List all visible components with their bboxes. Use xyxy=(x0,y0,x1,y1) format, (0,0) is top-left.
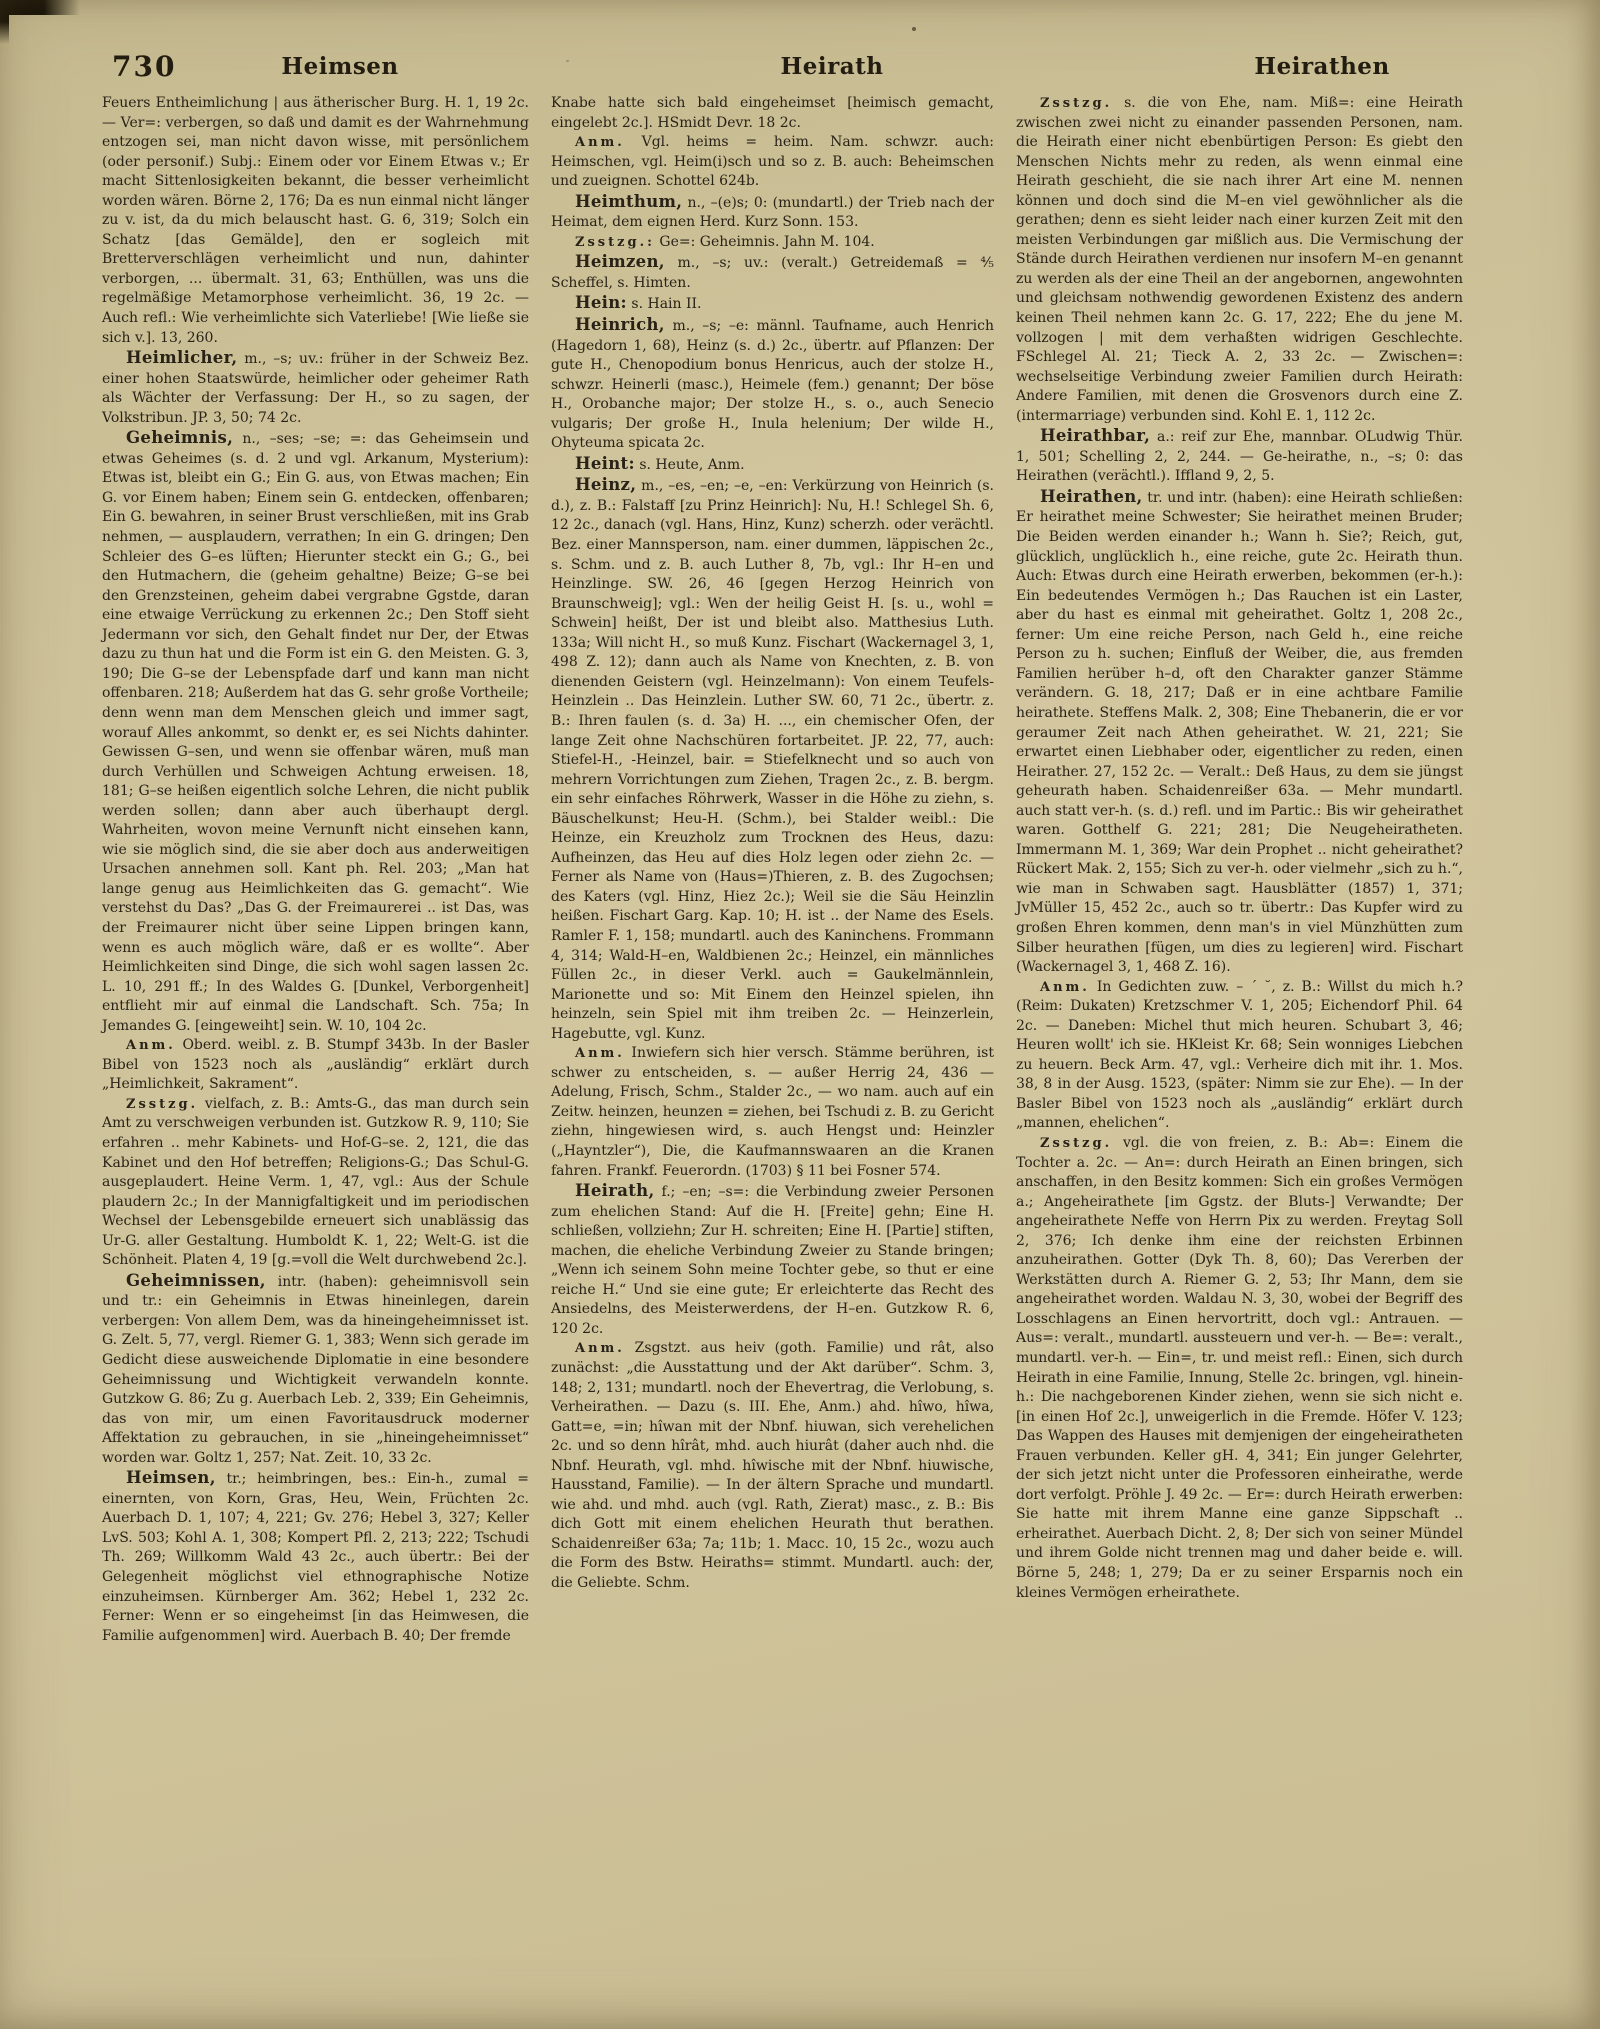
headword: Heimzen, xyxy=(575,252,665,271)
paragraph: Zsstzg. vielfach, z. B.: Amts-G., das ma… xyxy=(102,1095,529,1271)
headword: Hein: xyxy=(575,293,627,312)
paragraph: Zsstzg. s. die von Ehe, nam. Miß=: eine … xyxy=(1016,94,1463,426)
text-column-3: Zsstzg. s. die von Ehe, nam. Miß=: eine … xyxy=(1016,94,1463,1603)
section-label: Zsstzg. xyxy=(1040,1136,1112,1151)
section-label: Anm. xyxy=(575,1341,625,1356)
headword: Heint: xyxy=(575,454,635,473)
paragraph: Knabe hatte sich bald eingeheimset [heim… xyxy=(551,94,994,133)
paragraph: Zsstzg.: Ge=: Geheimnis. Jahn M. 104. xyxy=(551,233,994,253)
paragraph: Anm. Vgl. heims = heim. Nam. schwzr. auc… xyxy=(551,133,994,192)
headword: Heirathbar, xyxy=(1040,426,1150,445)
paper-speck xyxy=(912,27,916,31)
section-label: Zsstzg. xyxy=(1040,96,1112,111)
running-head-center: Heirath xyxy=(781,53,884,80)
section-label: Anm. xyxy=(575,1046,625,1061)
paper-speck xyxy=(566,60,569,62)
headword: Heinrich, xyxy=(575,315,665,334)
entry-paragraph: Heimlicher, m., –s; uv.: früher in der S… xyxy=(102,348,529,428)
scanned-dictionary-page: 730 Heimsen Heirath Heirathen Feuers Ent… xyxy=(0,0,1600,2029)
entry-paragraph: Heint: s. Heute, Anm. xyxy=(551,454,994,476)
scan-edge-artifact-left xyxy=(0,0,9,44)
entry-paragraph: Heimthum, n., –(e)s; 0: (mundartl.) der … xyxy=(551,192,994,233)
entry-paragraph: Heimzen, m., –s; uv.: (veralt.) Getreide… xyxy=(551,252,994,293)
page-number: 730 xyxy=(112,50,176,83)
paragraph: Anm. Zsgstzt. aus heiv (goth. Familie) u… xyxy=(551,1339,994,1593)
running-head-left: Heimsen xyxy=(281,53,398,80)
paragraph: Feuers Entheimlichung | aus ätherischer … xyxy=(102,94,529,348)
headword: Heimthum, xyxy=(575,192,682,211)
entry-paragraph: Hein: s. Hain II. xyxy=(551,293,994,315)
paragraph: Anm. Oberd. weibl. z. B. Stumpf 343b. In… xyxy=(102,1036,529,1095)
running-head-right: Heirathen xyxy=(1254,53,1389,80)
headword: Geheimnissen, xyxy=(126,1271,266,1290)
paragraph: Zsstzg. vgl. die von freien, z. B.: Ab=:… xyxy=(1016,1134,1463,1603)
section-label: Anm. xyxy=(575,135,625,150)
entry-paragraph: Heinz, m., –es, –en; –e, –en: Verkürzung… xyxy=(551,475,994,1044)
section-label: Anm. xyxy=(1040,980,1090,995)
entry-paragraph: Heimsen, tr.; heimbringen, bes.: Ein-h.,… xyxy=(102,1468,529,1646)
section-label: Zsstzg.: xyxy=(575,235,655,250)
text-column-1: Feuers Entheimlichung | aus ätherischer … xyxy=(102,94,529,1646)
headword: Heinz, xyxy=(575,475,636,494)
entry-paragraph: Geheimnis, n., –ses; –se; =: das Geheims… xyxy=(102,428,529,1036)
entry-paragraph: Heirathen, tr. und intr. (haben): eine H… xyxy=(1016,487,1463,978)
headword: Heimsen, xyxy=(126,1468,216,1487)
section-label: Zsstzg. xyxy=(126,1097,198,1112)
scan-edge-artifact-top xyxy=(0,0,80,15)
entry-paragraph: Heirath, f.; –en; –s=: die Verbindung zw… xyxy=(551,1181,994,1339)
entry-paragraph: Heinrich, m., –s; –e: männl. Taufname, a… xyxy=(551,315,994,454)
headword: Heirath, xyxy=(575,1181,655,1200)
entry-paragraph: Heirathbar, a.: reif zur Ehe, mannbar. O… xyxy=(1016,426,1463,487)
headword: Geheimnis, xyxy=(126,428,233,447)
section-label: Anm. xyxy=(126,1038,176,1053)
entry-paragraph: Geheimnissen, intr. (haben): geheimnisvo… xyxy=(102,1271,529,1468)
paragraph: Anm. Inwiefern sich hier versch. Stämme … xyxy=(551,1044,994,1181)
headword: Heimlicher, xyxy=(126,348,237,367)
headword: Heirathen, xyxy=(1040,487,1143,506)
paragraph: Anm. In Gedichten zuw. – ´ ˘, z. B.: Wil… xyxy=(1016,978,1463,1134)
text-column-2: Knabe hatte sich bald eingeheimset [heim… xyxy=(551,94,994,1594)
